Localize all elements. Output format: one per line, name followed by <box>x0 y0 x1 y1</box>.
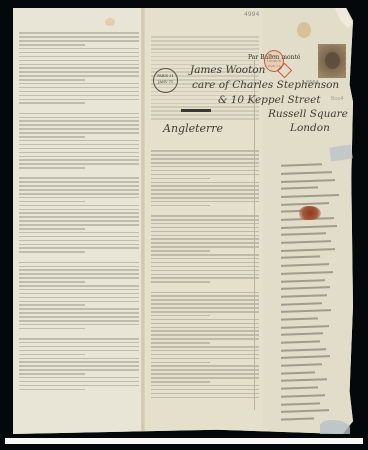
address-square: Russell Square <box>268 108 348 120</box>
pencil-note-stamp: 8664 <box>306 80 319 86</box>
paris-postmark: PARIS 31 JANV 71 <box>153 68 178 93</box>
column-rule <box>254 60 255 410</box>
newspaper-column-left <box>13 8 143 434</box>
napoleon-portrait-icon <box>325 52 340 69</box>
pencil-note-margin: Boo4 <box>331 96 344 102</box>
printed-text-block <box>151 148 259 401</box>
foxing-stain <box>297 22 311 38</box>
wax-seal-remnant <box>299 206 321 220</box>
ink-strike <box>181 109 211 112</box>
scan-edge-strip <box>5 438 363 444</box>
handwritten-text <box>281 158 349 426</box>
postage-stamp <box>318 44 346 78</box>
address-city: London <box>290 122 330 134</box>
pencil-note-top: 4994 <box>244 11 259 18</box>
address-recipient: James Wooton <box>190 64 265 76</box>
letter-sheet <box>13 8 353 434</box>
address-country: Angleterre <box>163 122 223 135</box>
blue-paper-fragment-bottom <box>320 420 350 434</box>
printed-text-block <box>19 30 139 393</box>
address-street: & 10 Keppel Street <box>218 94 321 106</box>
